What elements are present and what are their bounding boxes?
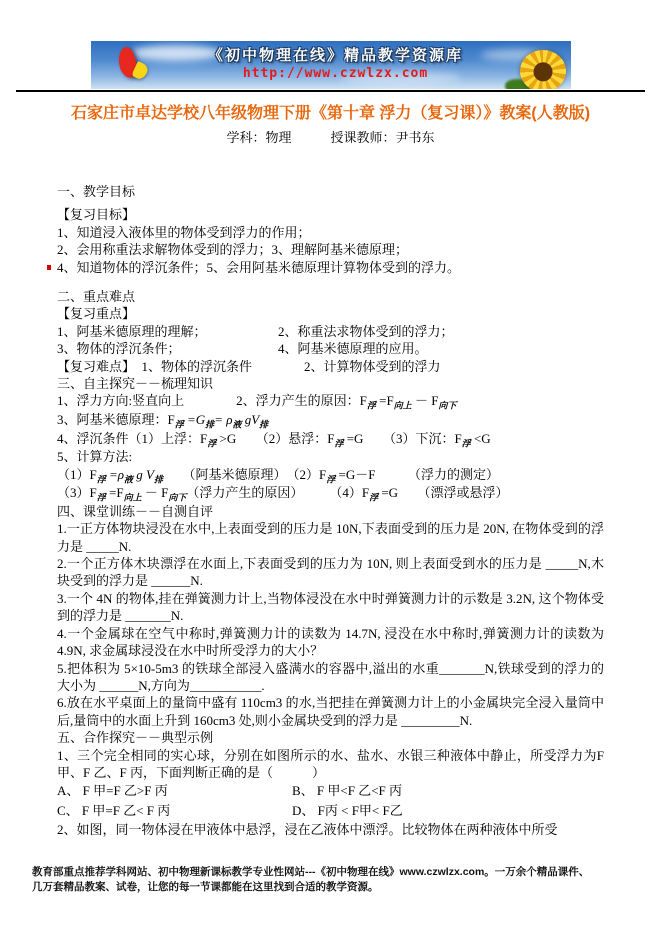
formula-subscript: 浮 xyxy=(367,401,376,411)
formula-subscript: 排 xyxy=(205,420,214,430)
formula-subscript: 向下 xyxy=(438,401,456,411)
formula-text: － F xyxy=(142,485,169,500)
formula-text: >G （2）悬浮：F xyxy=(216,431,334,446)
footer-line-1: 教育部重点推荐学科网站、初中物理新课标教学专业性网站---《初中物理在线》www… xyxy=(32,865,631,880)
keypoints-subheading: 【复习重点】 xyxy=(57,305,604,322)
document-title: 石家庄市卓达学校八年级物理下册《第十章 浮力（复习课）》教案(人教版) xyxy=(0,100,661,123)
keypoint-line: 3、物体的浮沉条件； 4、阿基米德原理的应用。 xyxy=(57,340,604,357)
formula-text: 3、阿基米德原理：F xyxy=(57,412,175,427)
formula-text: =G－F （浮力的测定） xyxy=(335,467,499,482)
formula-subscript: 浮 xyxy=(207,438,216,448)
formula-subscript: 向下 xyxy=(168,493,186,503)
keypoint-line: 1、阿基米德原理的理解； 2、称重法求物体受到的浮力； xyxy=(57,323,604,340)
formula-subscript: 向上 xyxy=(394,401,412,411)
knowledge-line-archimedes: 3、阿基米德原理：F浮 =G排= ρ液 gV排 xyxy=(57,411,604,430)
training-question-4: 4.一个金属球在空气中称时,弹簧测力计的读数为 14.7N, 浸没在水中称时,弹… xyxy=(57,625,604,660)
formula-text: =F xyxy=(376,393,394,408)
option-d: D、 F丙 < F甲< F乙 xyxy=(292,803,403,818)
formula-text: （阿基米德原理） （2）F xyxy=(163,467,326,482)
formula-variable: g V xyxy=(133,467,154,482)
formula-subscript: 浮 xyxy=(97,474,106,484)
header-divider xyxy=(16,90,645,92)
formula-subscript: 浮 xyxy=(369,493,378,503)
options-row-cd: C、 F 甲=F 乙< F 丙D、 F丙 < F甲< F乙 xyxy=(57,801,604,821)
site-title: 《初中物理在线》精品教学资源库 xyxy=(171,44,501,65)
option-a: A、 F 甲=F 乙>F 丙 xyxy=(57,781,292,801)
keypoint-line: 【复习难点】 1、物体的浮沉条件 2、计算物体受到的浮力 xyxy=(57,358,604,375)
formula-variable: =G xyxy=(184,412,205,427)
formula-text: =F xyxy=(106,485,124,500)
training-question-1: 1.一正方体物块浸没在水中,上表面受到的压力是 10N,下表面受到的压力是 20… xyxy=(57,520,604,555)
section-heading-training: 四、课堂训练－－自测自评 xyxy=(57,503,604,520)
formula-text: （浮力产生的原因） （4）F xyxy=(186,485,369,500)
goals-subheading: 【复习目标】 xyxy=(57,206,604,223)
knowledge-line-methods: 5、计算方法: xyxy=(57,448,604,465)
formula-subscript: 排 xyxy=(259,420,268,430)
section-heading-goals: 一、教学目标 xyxy=(57,183,604,200)
training-question-3: 3.一个 4N 的物体,挂在弹簧测力计上,当物体浸没在水中时弹簧测力计的示数是 … xyxy=(57,590,604,625)
formula-subscript: 浮 xyxy=(462,438,471,448)
sunflower-image xyxy=(520,50,566,89)
section-heading-keypoints: 二、重点难点 xyxy=(57,288,604,305)
formula-subscript: 液 xyxy=(124,474,133,484)
site-footer: 教育部重点推荐学科网站、初中物理新课标教学专业性网站---《初中物理在线》www… xyxy=(32,865,631,895)
training-question-5: 5.把体积为 5×10-5m3 的铁球全部浸入盛满水的容器中,溢出的水重____… xyxy=(57,660,604,695)
knowledge-line-direction: 1、浮力方向:竖直向上 2、浮力产生的原因：F浮 =F向上 － F向下 xyxy=(57,392,604,411)
knowledge-line-float-sink: 4、浮沉条件（1）上浮：F浮 >G （2）悬浮：F浮 =G （3）下沉：F浮 <… xyxy=(57,430,604,449)
goal-item: 1、知道浸入液体里的物体受到浮力的作用； xyxy=(57,224,604,241)
site-banner: 《初中物理在线》精品教学资源库 http://www.czwlzx.com xyxy=(91,41,571,89)
formula-subscript: 排 xyxy=(154,474,163,484)
site-logo-flame-icon xyxy=(119,47,159,87)
coop-question-2: 2、如图，同一物体浸在甲液体中悬浮，浸在乙液体中漂浮。比较物体在两种液体中所受 xyxy=(57,821,604,838)
stray-red-mark xyxy=(47,265,51,270)
document-page: 《初中物理在线》精品教学资源库 http://www.czwlzx.com 石家… xyxy=(0,0,661,936)
formula-variable: = ρ xyxy=(214,412,232,427)
training-question-6: 6.放在水平桌面上的量筒中盛有 110cm3 的水,当把挂在弹簧测力计上的小金属… xyxy=(57,694,604,729)
formula-text: （3）F xyxy=(57,485,97,500)
banner-text: 《初中物理在线》精品教学资源库 http://www.czwlzx.com xyxy=(171,44,501,81)
formula-text: － F xyxy=(412,393,439,408)
formula-subscript: 浮 xyxy=(97,493,106,503)
formula-text: 1、浮力方向:竖直向上 2、浮力产生的原因：F xyxy=(57,393,367,408)
subject-teacher-line: 学科：物理 授课教师：尹书东 xyxy=(0,127,661,146)
formula-text: 4、浮沉条件（1）上浮：F xyxy=(57,431,207,446)
formula-text: <G xyxy=(471,431,491,446)
training-question-2: 2.一个正方体木块漂浮在水面上,下表面受到的压力为 10N, 则上表面受到水的压… xyxy=(57,555,604,590)
options-row-ab: A、 F 甲=F 乙>F 丙B、 F 甲<F 乙<F 丙 xyxy=(57,781,604,801)
formula-text: （1）F xyxy=(57,467,97,482)
formula-subscript: 浮 xyxy=(326,474,335,484)
document-body: 一、教学目标 【复习目标】 1、知道浸入液体里的物体受到浮力的作用； 2、会用称… xyxy=(57,183,604,839)
formula-subscript: 向上 xyxy=(124,493,142,503)
goal-item: 2、会用称重法求解物体受到的浮力；3、理解阿基米德原理； xyxy=(57,241,604,258)
knowledge-method-line1: （1）F浮 =ρ液 g V排 （阿基米德原理） （2）F浮 =G－F （浮力的测… xyxy=(57,466,604,485)
formula-text: =G （3）下沉：F xyxy=(343,431,461,446)
section-heading-coop: 五、合作探究－－典型示例 xyxy=(57,729,604,746)
formula-variable: gV xyxy=(241,412,259,427)
goal-item: 4、知道物体的浮沉条件；5、会用阿基米德原理计算物体受到的浮力。 xyxy=(57,259,604,276)
formula-subscript: 浮 xyxy=(175,420,184,430)
site-url-link[interactable]: http://www.czwlzx.com xyxy=(171,66,501,81)
footer-line-2: 几万套精品教案、试卷，让您的每一节课都能在这里找到合适的教学资源。 xyxy=(32,880,631,895)
option-c: C、 F 甲=F 乙< F 丙 xyxy=(57,801,292,821)
formula-variable: =ρ xyxy=(106,467,124,482)
coop-question-1: 1、三个完全相同的实心球，分别在如图所示的水、盐水、水银三种液体中静止，所受浮力… xyxy=(57,747,604,782)
section-heading-knowledge: 三、自主探究－－梳理知识 xyxy=(57,375,604,392)
knowledge-method-line2: （3）F浮 =F向上 － F向下（浮力产生的原因） （4）F浮 =G （漂浮或悬… xyxy=(57,484,604,503)
option-b: B、 F 甲<F 乙<F 丙 xyxy=(292,783,402,798)
formula-text: =G （漂浮或悬浮） xyxy=(378,485,508,500)
